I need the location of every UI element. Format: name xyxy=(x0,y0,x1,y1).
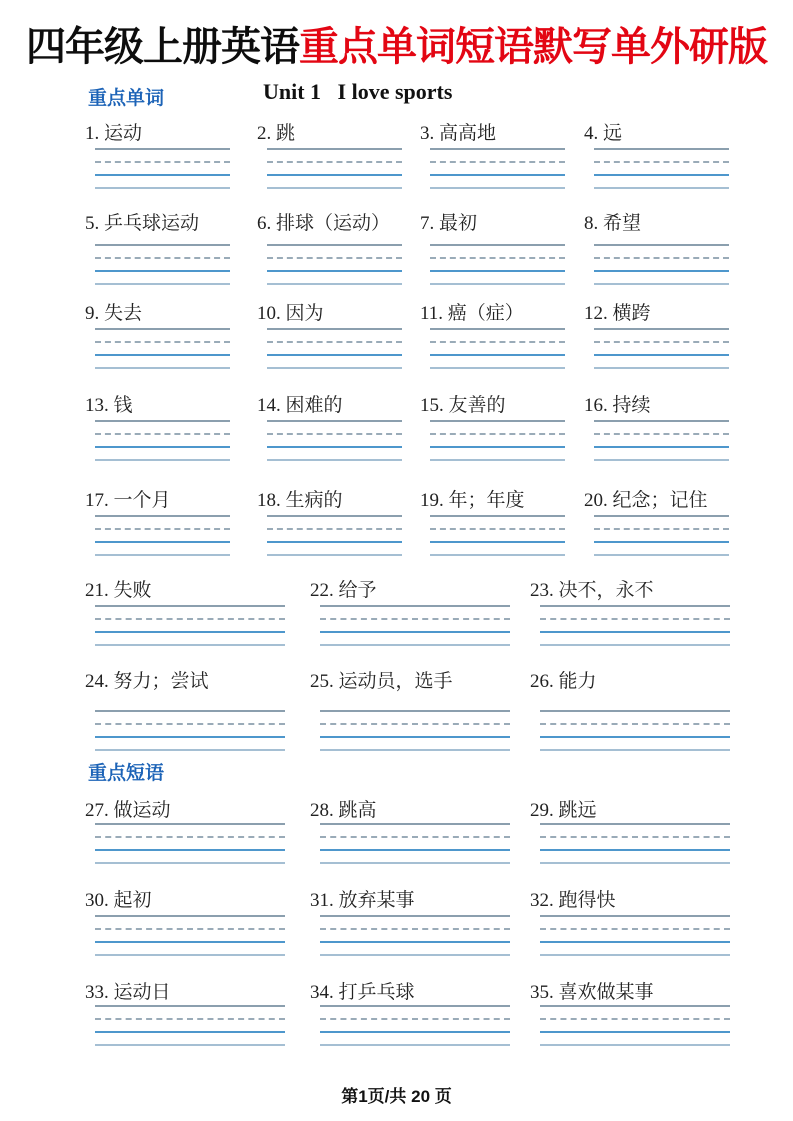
item-label: 24. 努力；尝试 xyxy=(85,666,295,693)
item-label: 17. 一个月 xyxy=(85,485,240,512)
writing-line-2 xyxy=(95,341,230,343)
writing-line-1 xyxy=(430,148,565,150)
writing-line-4 xyxy=(594,367,729,369)
word-item-11: 11. 癌（症） xyxy=(420,298,575,376)
writing-line-2 xyxy=(430,161,565,163)
writing-lines xyxy=(267,420,402,462)
writing-line-1 xyxy=(320,710,510,712)
word-item-13: 13. 钱 xyxy=(85,390,240,468)
writing-line-3 xyxy=(540,941,730,943)
writing-line-1 xyxy=(430,328,565,330)
item-label: 3. 高高地 xyxy=(420,118,575,145)
writing-line-3 xyxy=(95,736,285,738)
writing-line-2 xyxy=(540,928,730,930)
writing-line-1 xyxy=(430,515,565,517)
writing-line-4 xyxy=(594,283,729,285)
writing-lines xyxy=(95,515,230,557)
phrase-item-31: 31. 放弃某事 xyxy=(310,885,520,963)
writing-line-1 xyxy=(540,1005,730,1007)
word-item-3: 3. 高高地 xyxy=(420,118,575,196)
phrase-item-27: 27. 做运动 xyxy=(85,795,295,871)
item-label: 26. 能力 xyxy=(530,666,740,693)
writing-lines xyxy=(430,148,565,190)
writing-line-3 xyxy=(95,541,230,543)
item-label: 35. 喜欢做某事 xyxy=(530,977,740,1004)
item-label: 21. 失败 xyxy=(85,575,295,602)
item-label: 1. 运动 xyxy=(85,118,240,145)
writing-line-2 xyxy=(594,161,729,163)
writing-line-2 xyxy=(267,433,402,435)
writing-line-1 xyxy=(540,710,730,712)
writing-line-1 xyxy=(320,1005,510,1007)
writing-line-2 xyxy=(95,433,230,435)
writing-lines xyxy=(430,328,565,370)
writing-line-4 xyxy=(267,283,402,285)
writing-line-2 xyxy=(430,257,565,259)
word-item-1: 1. 运动 xyxy=(85,118,240,196)
word-item-18: 18. 生病的 xyxy=(257,485,412,563)
writing-line-3 xyxy=(594,354,729,356)
writing-line-3 xyxy=(267,541,402,543)
word-item-9: 9. 失去 xyxy=(85,298,240,376)
writing-lines xyxy=(95,148,230,190)
item-label: 30. 起初 xyxy=(85,885,295,912)
word-item-7: 7. 最初 xyxy=(420,208,575,292)
writing-line-4 xyxy=(594,459,729,461)
item-label: 7. 最初 xyxy=(420,208,575,235)
writing-line-3 xyxy=(594,446,729,448)
writing-line-2 xyxy=(95,928,285,930)
writing-line-3 xyxy=(430,174,565,176)
item-label: 31. 放弃某事 xyxy=(310,885,520,912)
writing-line-1 xyxy=(540,605,730,607)
writing-line-2 xyxy=(540,618,730,620)
page-title-black: 四年级上册英语 xyxy=(26,25,299,69)
item-label: 16. 持续 xyxy=(584,390,739,417)
writing-line-1 xyxy=(95,710,285,712)
item-label: 22. 给予 xyxy=(310,575,520,602)
writing-line-1 xyxy=(594,244,729,246)
writing-line-2 xyxy=(594,257,729,259)
writing-line-1 xyxy=(320,823,510,825)
writing-line-2 xyxy=(540,723,730,725)
writing-line-2 xyxy=(320,836,510,838)
writing-line-1 xyxy=(95,1005,285,1007)
writing-line-1 xyxy=(540,915,730,917)
writing-line-2 xyxy=(95,618,285,620)
writing-line-1 xyxy=(95,915,285,917)
writing-line-3 xyxy=(430,446,565,448)
writing-line-3 xyxy=(320,941,510,943)
item-label: 20. 纪念；记住 xyxy=(584,485,739,512)
item-label: 9. 失去 xyxy=(85,298,240,325)
writing-line-2 xyxy=(320,723,510,725)
writing-lines xyxy=(320,710,510,752)
word-item-14: 14. 困难的 xyxy=(257,390,412,468)
word-item-4: 4. 远 xyxy=(584,118,739,196)
writing-line-1 xyxy=(430,420,565,422)
section-label-key-phrases: 重点短语 xyxy=(88,758,164,785)
item-label: 29. 跳远 xyxy=(530,795,740,822)
item-label: 13. 钱 xyxy=(85,390,240,417)
word-item-5: 5. 乒乓球运动 xyxy=(85,208,240,292)
writing-line-4 xyxy=(320,644,510,646)
writing-line-4 xyxy=(540,1044,730,1046)
writing-line-4 xyxy=(320,954,510,956)
page-title: 四年级上册英语重点单词短语默写单外研版 xyxy=(0,24,793,70)
writing-line-1 xyxy=(95,148,230,150)
writing-line-4 xyxy=(430,367,565,369)
writing-line-4 xyxy=(320,1044,510,1046)
writing-line-1 xyxy=(95,515,230,517)
word-item-2: 2. 跳 xyxy=(257,118,412,196)
writing-line-4 xyxy=(430,554,565,556)
writing-line-4 xyxy=(95,749,285,751)
writing-line-3 xyxy=(95,270,230,272)
writing-line-3 xyxy=(95,1031,285,1033)
word-item-10: 10. 因为 xyxy=(257,298,412,376)
writing-line-2 xyxy=(430,433,565,435)
writing-line-2 xyxy=(95,1018,285,1020)
item-label: 23. 决不，永不 xyxy=(530,575,740,602)
item-label: 33. 运动日 xyxy=(85,977,295,1004)
writing-lines xyxy=(540,605,730,647)
writing-line-1 xyxy=(267,244,402,246)
word-item-24: 24. 努力；尝试 xyxy=(85,666,295,758)
writing-line-3 xyxy=(540,849,730,851)
writing-line-2 xyxy=(594,341,729,343)
writing-line-1 xyxy=(95,605,285,607)
writing-line-4 xyxy=(594,554,729,556)
writing-line-4 xyxy=(540,954,730,956)
writing-lines xyxy=(540,710,730,752)
writing-line-4 xyxy=(95,187,230,189)
item-label: 11. 癌（症） xyxy=(420,298,575,325)
writing-line-1 xyxy=(594,515,729,517)
item-label: 4. 远 xyxy=(584,118,739,145)
writing-line-2 xyxy=(320,928,510,930)
page-title-red: 重点单词短语默写单外研版 xyxy=(299,25,767,69)
writing-lines xyxy=(95,710,285,752)
item-label: 32. 跑得快 xyxy=(530,885,740,912)
item-label: 28. 跳高 xyxy=(310,795,520,822)
writing-line-4 xyxy=(95,1044,285,1046)
writing-lines xyxy=(594,148,729,190)
writing-line-1 xyxy=(95,823,285,825)
writing-line-2 xyxy=(95,723,285,725)
phrase-item-29: 29. 跳远 xyxy=(530,795,740,871)
writing-line-1 xyxy=(95,328,230,330)
writing-line-2 xyxy=(267,257,402,259)
writing-line-3 xyxy=(540,736,730,738)
writing-line-3 xyxy=(95,354,230,356)
word-item-19: 19. 年；年度 xyxy=(420,485,575,563)
writing-line-2 xyxy=(95,257,230,259)
writing-line-2 xyxy=(267,161,402,163)
writing-lines xyxy=(320,823,510,865)
writing-line-1 xyxy=(267,148,402,150)
writing-line-2 xyxy=(95,161,230,163)
writing-line-3 xyxy=(95,446,230,448)
writing-line-3 xyxy=(95,849,285,851)
phrase-item-32: 32. 跑得快 xyxy=(530,885,740,963)
writing-line-4 xyxy=(430,459,565,461)
writing-line-4 xyxy=(540,749,730,751)
word-item-16: 16. 持续 xyxy=(584,390,739,468)
writing-line-3 xyxy=(320,849,510,851)
writing-line-2 xyxy=(320,618,510,620)
writing-lines xyxy=(430,244,565,286)
writing-line-3 xyxy=(267,174,402,176)
phrase-item-28: 28. 跳高 xyxy=(310,795,520,871)
writing-line-4 xyxy=(267,459,402,461)
writing-line-3 xyxy=(95,941,285,943)
writing-lines xyxy=(95,244,230,286)
item-label: 27. 做运动 xyxy=(85,795,295,822)
writing-line-1 xyxy=(95,420,230,422)
item-label: 5. 乒乓球运动 xyxy=(85,208,240,235)
item-label: 18. 生病的 xyxy=(257,485,412,512)
writing-line-4 xyxy=(267,367,402,369)
item-label: 8. 希望 xyxy=(584,208,739,235)
word-item-21: 21. 失败 xyxy=(85,575,295,653)
writing-line-4 xyxy=(95,954,285,956)
item-label: 19. 年；年度 xyxy=(420,485,575,512)
section-label-key-words: 重点单词 xyxy=(88,83,164,110)
writing-lines xyxy=(267,328,402,370)
writing-line-1 xyxy=(95,244,230,246)
writing-lines xyxy=(267,148,402,190)
writing-lines xyxy=(320,915,510,957)
writing-lines xyxy=(267,515,402,557)
item-label: 25. 运动员，选手 xyxy=(310,666,520,693)
word-item-26: 26. 能力 xyxy=(530,666,740,758)
writing-line-4 xyxy=(540,862,730,864)
writing-line-4 xyxy=(320,862,510,864)
writing-line-3 xyxy=(430,354,565,356)
writing-line-3 xyxy=(320,631,510,633)
unit-heading: Unit 1 I love sports xyxy=(263,79,452,105)
writing-lines xyxy=(320,1005,510,1047)
writing-line-4 xyxy=(267,554,402,556)
writing-lines xyxy=(594,420,729,462)
item-label: 12. 横跨 xyxy=(584,298,739,325)
phrase-item-35: 35. 喜欢做某事 xyxy=(530,977,740,1053)
writing-line-4 xyxy=(95,367,230,369)
writing-lines xyxy=(430,420,565,462)
writing-line-2 xyxy=(320,1018,510,1020)
item-label: 2. 跳 xyxy=(257,118,412,145)
writing-lines xyxy=(95,328,230,370)
page-number: 第1页/共 20 页 xyxy=(0,1082,793,1107)
writing-line-3 xyxy=(430,270,565,272)
word-item-25: 25. 运动员，选手 xyxy=(310,666,520,758)
writing-line-4 xyxy=(430,283,565,285)
writing-line-3 xyxy=(594,541,729,543)
writing-line-3 xyxy=(267,270,402,272)
writing-line-2 xyxy=(95,836,285,838)
writing-line-4 xyxy=(540,644,730,646)
writing-line-2 xyxy=(594,528,729,530)
word-item-17: 17. 一个月 xyxy=(85,485,240,563)
writing-line-1 xyxy=(594,148,729,150)
writing-line-2 xyxy=(430,528,565,530)
writing-line-2 xyxy=(430,341,565,343)
writing-line-3 xyxy=(594,174,729,176)
writing-line-1 xyxy=(540,823,730,825)
writing-line-3 xyxy=(594,270,729,272)
item-label: 6. 排球（运动） xyxy=(257,208,412,235)
writing-line-1 xyxy=(430,244,565,246)
word-item-23: 23. 决不，永不 xyxy=(530,575,740,653)
writing-line-1 xyxy=(267,420,402,422)
writing-line-2 xyxy=(594,433,729,435)
writing-line-4 xyxy=(320,749,510,751)
writing-lines xyxy=(540,823,730,865)
phrase-item-34: 34. 打乒乓球 xyxy=(310,977,520,1053)
worksheet-page: 四年级上册英语重点单词短语默写单外研版 重点单词 Unit 1 I love s… xyxy=(0,0,793,1121)
writing-lines xyxy=(95,605,285,647)
writing-line-1 xyxy=(594,420,729,422)
writing-line-4 xyxy=(95,554,230,556)
writing-lines xyxy=(95,1005,285,1047)
writing-lines xyxy=(594,244,729,286)
writing-line-4 xyxy=(95,283,230,285)
writing-line-2 xyxy=(540,836,730,838)
item-label: 15. 友善的 xyxy=(420,390,575,417)
writing-line-3 xyxy=(540,1031,730,1033)
word-item-12: 12. 横跨 xyxy=(584,298,739,376)
writing-lines xyxy=(95,915,285,957)
writing-line-3 xyxy=(95,631,285,633)
writing-line-4 xyxy=(267,187,402,189)
item-label: 14. 困难的 xyxy=(257,390,412,417)
writing-line-3 xyxy=(320,736,510,738)
writing-line-1 xyxy=(267,515,402,517)
writing-line-3 xyxy=(540,631,730,633)
writing-lines xyxy=(95,823,285,865)
writing-line-2 xyxy=(267,341,402,343)
writing-line-3 xyxy=(430,541,565,543)
writing-lines xyxy=(320,605,510,647)
writing-line-1 xyxy=(267,328,402,330)
writing-line-1 xyxy=(320,605,510,607)
writing-lines xyxy=(594,328,729,370)
word-item-15: 15. 友善的 xyxy=(420,390,575,468)
word-item-22: 22. 给予 xyxy=(310,575,520,653)
writing-lines xyxy=(594,515,729,557)
writing-line-4 xyxy=(95,862,285,864)
writing-lines xyxy=(540,915,730,957)
writing-line-2 xyxy=(95,528,230,530)
item-label: 10. 因为 xyxy=(257,298,412,325)
writing-line-3 xyxy=(267,446,402,448)
writing-line-4 xyxy=(430,187,565,189)
writing-line-2 xyxy=(267,528,402,530)
writing-line-3 xyxy=(320,1031,510,1033)
writing-lines xyxy=(95,420,230,462)
writing-line-4 xyxy=(95,459,230,461)
writing-line-3 xyxy=(267,354,402,356)
writing-lines xyxy=(430,515,565,557)
writing-line-1 xyxy=(594,328,729,330)
writing-line-2 xyxy=(540,1018,730,1020)
writing-line-4 xyxy=(95,644,285,646)
item-label: 34. 打乒乓球 xyxy=(310,977,520,1004)
word-item-8: 8. 希望 xyxy=(584,208,739,292)
word-item-20: 20. 纪念；记住 xyxy=(584,485,739,563)
writing-line-4 xyxy=(594,187,729,189)
phrase-item-33: 33. 运动日 xyxy=(85,977,295,1053)
writing-lines xyxy=(267,244,402,286)
phrase-item-30: 30. 起初 xyxy=(85,885,295,963)
writing-line-3 xyxy=(95,174,230,176)
writing-line-1 xyxy=(320,915,510,917)
word-item-6: 6. 排球（运动） xyxy=(257,208,412,292)
writing-lines xyxy=(540,1005,730,1047)
